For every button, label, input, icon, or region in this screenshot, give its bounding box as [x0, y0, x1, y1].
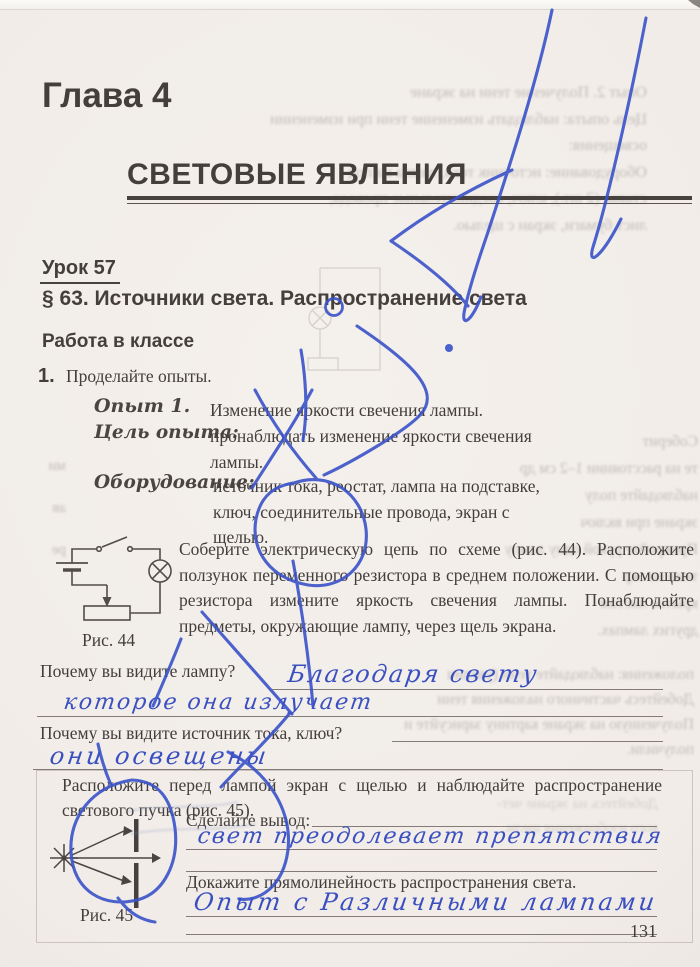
handwritten-prove-answer: Опыт с Различными лампами	[192, 888, 659, 916]
answer-line	[186, 934, 657, 935]
subheading: Работа в классе	[42, 331, 194, 353]
fig44-caption: Рис. 44	[82, 630, 135, 651]
section-title: § 63. Источники света. Распространение с…	[42, 287, 527, 311]
title-rule-thick	[127, 196, 692, 200]
circuit-diagram-fig44	[48, 533, 183, 636]
answer-line	[186, 916, 657, 917]
answer-line	[186, 849, 657, 850]
page-number: 131	[630, 921, 657, 942]
chapter-heading: Глава 4	[42, 76, 172, 116]
handwritten-answer-2: они освещены	[48, 742, 271, 770]
task-number: 1.	[38, 365, 55, 388]
bleedthrough-circuit-ghost	[298, 258, 393, 383]
title-rule-thin	[127, 203, 692, 204]
paper-crease	[0, 0, 700, 10]
answer-line	[37, 716, 663, 717]
screen-upper-part	[134, 819, 139, 852]
instruction-paragraph: Соберите электрическую цепь по схеме (ри…	[179, 537, 694, 640]
goal-text: пронаблюдать изменение яркости свечения …	[210, 424, 562, 475]
screen-lower-part	[134, 863, 139, 908]
handwritten-answer-1b: которое она излучает	[62, 690, 375, 715]
lesson-underline	[40, 282, 120, 284]
ink-dot	[445, 344, 453, 352]
experiment-label: Опыт 1.	[94, 395, 190, 417]
chapter-title: СВЕТОВЫЕ ЯВЛЕНИЯ	[127, 158, 467, 192]
task-text: Проделайте опыты.	[66, 366, 212, 387]
fig45-caption: Рис. 45	[80, 905, 133, 926]
handwritten-answer-1a: Благодаря свету	[286, 660, 540, 688]
question-2: Почему вы видите источник тока, ключ?	[40, 723, 342, 744]
scanned-workbook-page: Опыт 2. Получение тени на экране Цель оп…	[0, 0, 700, 967]
corner-mark	[684, 0, 700, 10]
answer-line	[392, 741, 663, 742]
question-1: Почему вы видите лампу?	[40, 661, 235, 682]
handwritten-conclusion: свет преодолевает препятствия	[196, 824, 665, 849]
experiment-title: Изменение яркости свечения лампы.	[210, 398, 560, 424]
lesson-heading: Урок 57	[42, 257, 116, 280]
